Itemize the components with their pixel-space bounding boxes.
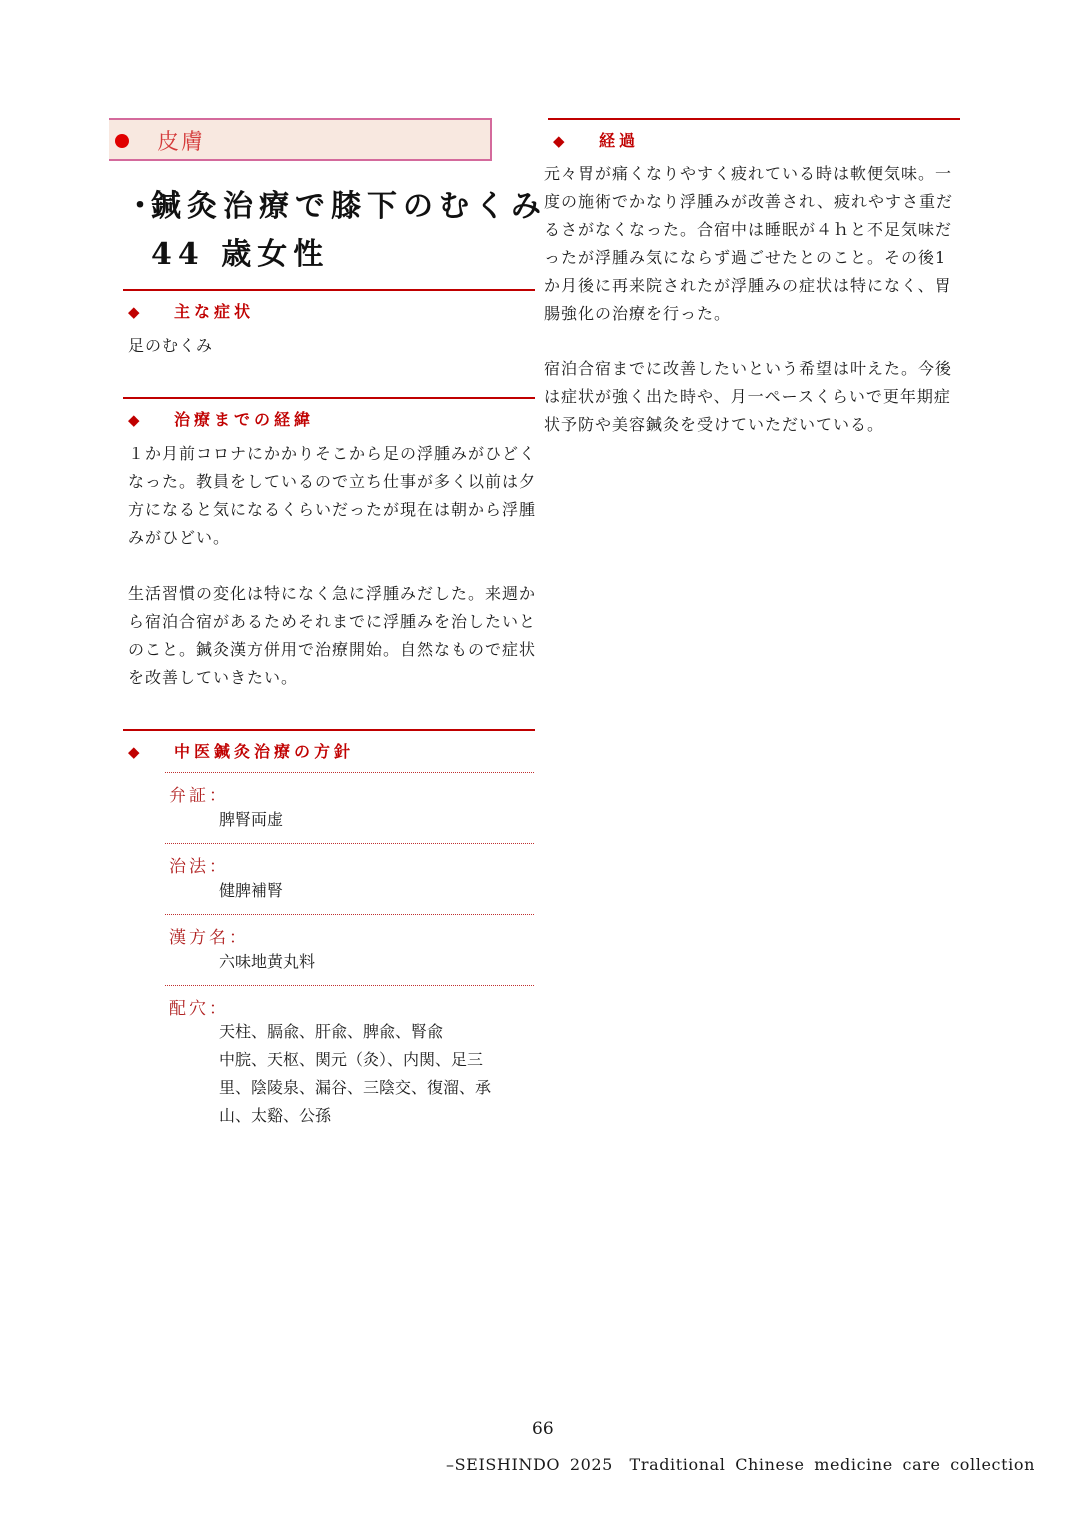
text-line: るさがなくなった。合宿中は睡眠が４ｈと不足気味だ [544,216,953,244]
text-line: 度の施術でかなり浮腫みが改善され、疲れやすさ重だ [544,188,953,216]
section-heading-history: ◆治療までの経緯 [128,407,314,430]
diamond-icon: ◆ [128,743,174,761]
field-label-herbal: 漢方名： [169,923,249,948]
diamond-icon: ◆ [128,411,174,429]
field-value-diagnosis: 脾腎両虚 [219,806,283,834]
text-line: ったが浮腫み気にならず過ごせたとのこと。その後1 [544,244,953,272]
text-line: 天柱、膈兪、肝兪、脾兪、腎兪 [219,1018,491,1046]
text-line: 方になると気になるくらいだったが現在は朝から浮腫 [128,496,536,524]
section-divider [123,729,535,731]
text-line: のこと。鍼灸漢方併用で治療開始。自然なもので症状 [128,636,536,664]
text-line: 山、太谿、公孫 [219,1102,491,1130]
field-value-herbal: 六味地黄丸料 [219,948,315,976]
text-line: は症状が強く出た時や、月一ペースくらいで更年期症 [544,383,952,411]
history-paragraph-2: 生活習慣の変化は特になく急に浮腫みだした。来週か ら宿泊合宿があるためそれまでに… [128,580,536,692]
section-heading-symptoms: ◆主な症状 [128,299,254,322]
dotted-divider [165,914,534,915]
section-heading-policy: ◆中医鍼灸治療の方針 [128,739,354,762]
text-line: ら宿泊合宿があるためそれまでに浮腫みを治したいと [128,608,536,636]
text-line: みがひどい。 [128,524,536,552]
section-divider [548,118,960,120]
category-box: 皮膚 [109,118,492,161]
text-line: 元々胃が痛くなりやすく疲れている時は軟便気味。一 [544,160,953,188]
dotted-divider [165,772,534,773]
title-line-1: 鍼灸治療で膝下のむくみ [151,189,547,224]
text-line: 里、陰陵泉、漏谷、三陰交、復溜、承 [219,1074,491,1102]
page-title: ・鍼灸治療で膝下のむくみ 44 歳女性 [125,183,547,279]
history-paragraph-1: １か月前コロナにかかりそこから足の浮腫みがひどく なった。教員をしているので立ち… [128,440,536,552]
text-line: か月後に再来院されたが浮腫みの症状は特になく、胃 [544,272,953,300]
title-line-2: 44 歳女性 [125,231,547,279]
field-label-treatment: 治法： [169,852,229,877]
text-line: 状予防や美容鍼灸を受けていただいている。 [544,411,952,439]
field-value-points: 天柱、膈兪、肝兪、脾兪、腎兪 中脘、天枢、関元（灸）、内関、足三 里、陰陵泉、漏… [219,1018,491,1130]
section-title: 主な症状 [174,302,254,321]
section-title: 経過 [599,131,639,150]
text-line: 宿泊合宿までに改善したいという希望は叶えた。今後 [544,355,952,383]
field-value-treatment: 健脾補腎 [219,877,283,905]
text-line: なった。教員をしているので立ち仕事が多く以前は夕 [128,468,536,496]
bullet-dot-icon [115,134,129,148]
section-divider [123,289,535,291]
title-bullet: ・ [125,183,151,231]
text-line: 生活習慣の変化は特になく急に浮腫みだした。来週か [128,580,536,608]
field-label-diagnosis: 弁証： [169,781,229,806]
text-line: を改善していきたい。 [128,664,536,692]
dotted-divider [165,985,534,986]
progress-paragraph-1: 元々胃が痛くなりやすく疲れている時は軟便気味。一 度の施術でかなり浮腫みが改善さ… [544,160,953,328]
text-line: 腸強化の治療を行った。 [544,300,953,328]
section-heading-progress: ◆経過 [553,128,639,151]
text-line: １か月前コロナにかかりそこから足の浮腫みがひどく [128,440,536,468]
footer-text: –SEISHINDO 2025 Traditional Chinese medi… [446,1452,1035,1475]
dotted-divider [165,843,534,844]
section-divider [123,397,535,399]
diamond-icon: ◆ [128,303,174,321]
section-title: 中医鍼灸治療の方針 [174,742,354,761]
text-line: 中脘、天枢、関元（灸）、内関、足三 [219,1046,491,1074]
diamond-icon: ◆ [553,132,599,150]
field-label-points: 配穴： [169,994,229,1019]
category-label: 皮膚 [157,125,205,156]
symptoms-text: 足のむくみ [128,332,213,360]
section-title: 治療までの経緯 [174,410,314,429]
page-number: 66 [532,1419,554,1439]
progress-paragraph-2: 宿泊合宿までに改善したいという希望は叶えた。今後 は症状が強く出た時や、月一ペー… [544,355,952,439]
